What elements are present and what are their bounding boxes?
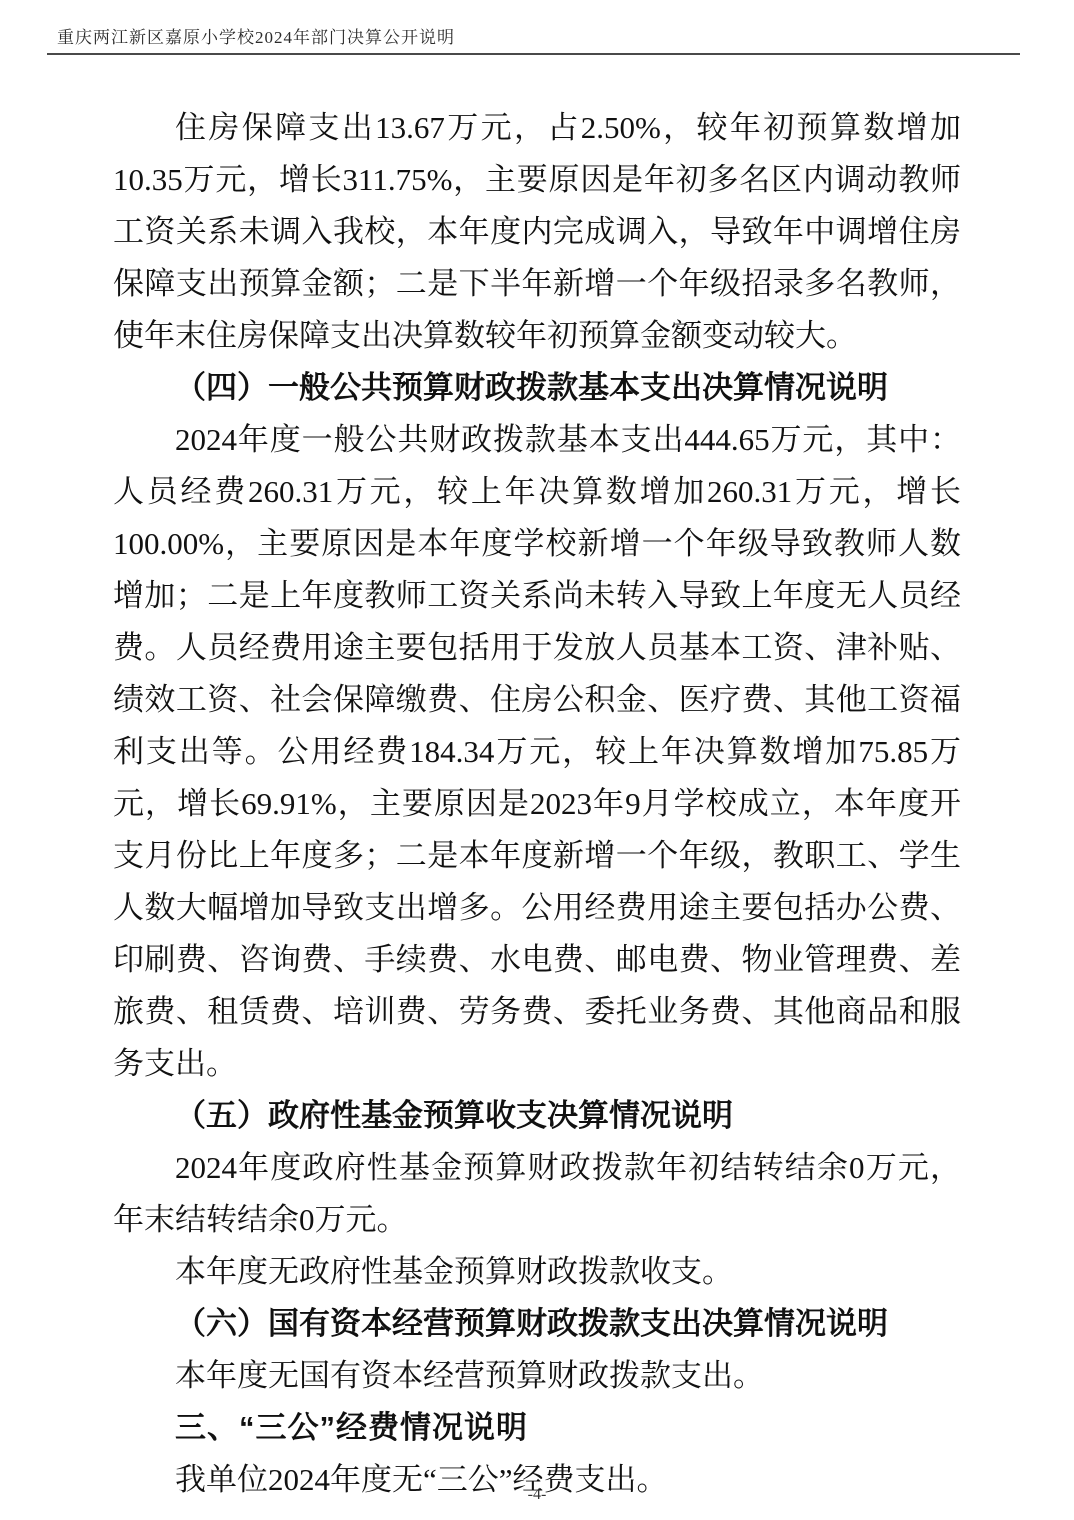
section-heading: （六）国有资本经营预算财政拨款支出决算情况说明 [113,1298,961,1350]
header-title: 重庆两江新区嘉原小学校2024年部门决算公开说明 [57,28,455,48]
paragraph: 住房保障支出13.67万元，占2.50%，较年初预算数增加10.35万元，增长3… [113,102,961,362]
page-footer: -4- [0,1486,1074,1504]
paragraph: 本年度无国有资本经营预算财政拨款支出。 [113,1350,961,1402]
paragraph: 2024年度一般公共财政拨款基本支出444.65万元，其中：人员经费260.31… [113,414,961,1090]
page-number: -4- [528,1486,547,1503]
paragraph: 本年度无政府性基金预算财政拨款收支。 [113,1246,961,1298]
section-heading: （四）一般公共预算财政拨款基本支出决算情况说明 [113,362,961,414]
page-header: 重庆两江新区嘉原小学校2024年部门决算公开说明 [47,28,1020,55]
section-heading: 三、“三公”经费情况说明 [113,1402,961,1454]
section-heading: （五）政府性基金预算收支决算情况说明 [113,1090,961,1142]
document-body: 住房保障支出13.67万元，占2.50%，较年初预算数增加10.35万元，增长3… [113,102,961,1506]
paragraph: 2024年度政府性基金预算财政拨款年初结转结余0万元，年末结转结余0万元。 [113,1142,961,1246]
document-page: 重庆两江新区嘉原小学校2024年部门决算公开说明 住房保障支出13.67万元，占… [0,0,1074,1520]
